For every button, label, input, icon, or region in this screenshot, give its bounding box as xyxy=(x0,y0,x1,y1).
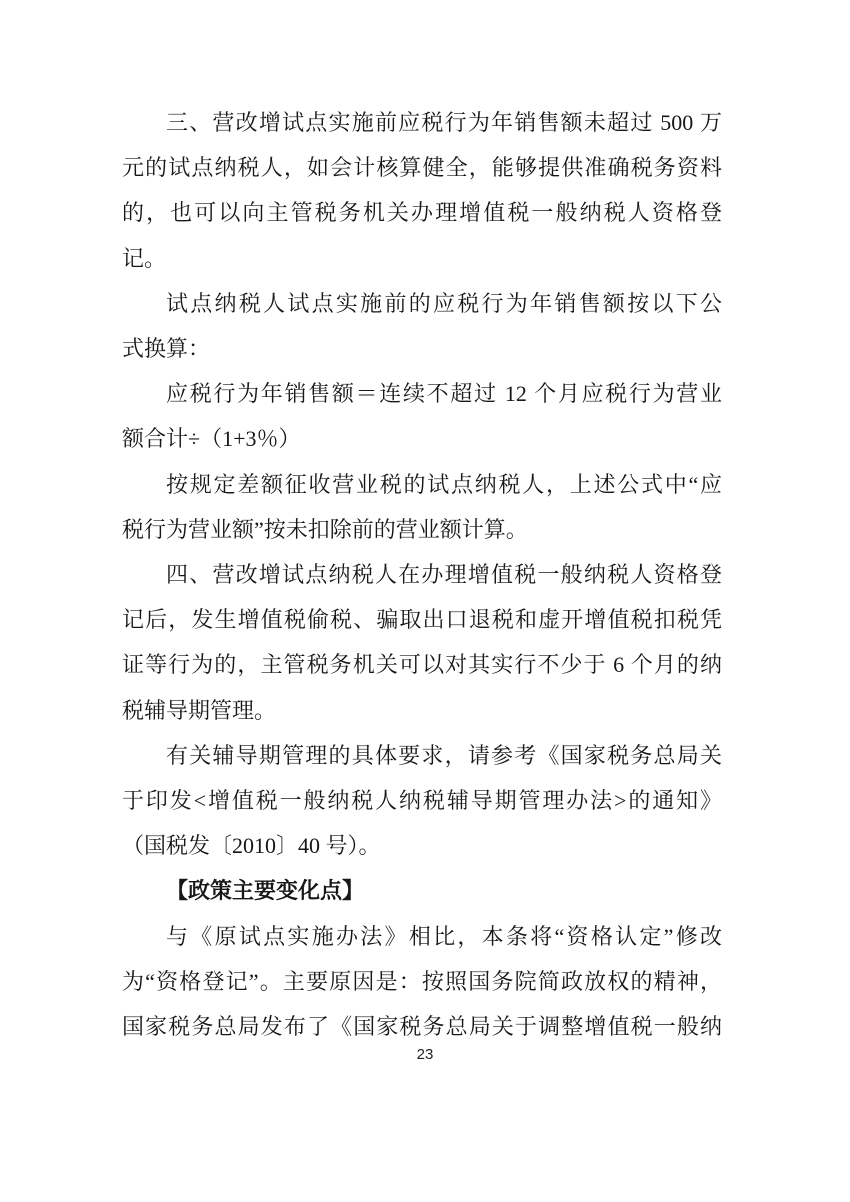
paragraph: 与《原试点实施办法》相比，本条将“资格认定”修改为“资格登记”。主要原因是：按照… xyxy=(122,914,722,1050)
text-line: 税行为营业额”按未扣除前的营业额计算。 xyxy=(122,507,722,552)
text-line: 为“资格登记”。主要原因是：按照国务院简政放权的精神， xyxy=(122,959,722,1004)
paragraph: 四、营改增试点纳税人在办理增值税一般纳税人资格登记后，发生增值税偷税、骗取出口退… xyxy=(122,552,722,733)
text-line: 于印发<增值税一般纳税人纳税辅导期管理办法>的通知》 xyxy=(122,778,722,823)
text-line: 三、营改增试点实施前应税行为年销售额未超过 500 万 xyxy=(122,100,722,145)
text-line: 国家税务总局发布了《国家税务总局关于调整增值税一般纳 xyxy=(122,1004,722,1049)
text-line: 元的试点纳税人，如会计核算健全，能够提供准确税务资料 xyxy=(122,145,722,190)
text-line: 证等行为的，主管税务机关可以对其实行不少于 6 个月的纳 xyxy=(122,642,722,687)
page-number: 23 xyxy=(0,1046,850,1063)
text-line: 式换算： xyxy=(122,326,722,371)
text-line: 按规定差额征收营业税的试点纳税人，上述公式中“应 xyxy=(122,462,722,507)
text-line: 记。 xyxy=(122,236,722,281)
text-line: 额合计÷（1+3％） xyxy=(122,416,722,461)
section-heading: 【政策主要变化点】 xyxy=(122,868,722,913)
text-line: 税辅导期管理。 xyxy=(122,688,722,733)
text-line: 的，也可以向主管税务机关办理增值税一般纳税人资格登 xyxy=(122,190,722,235)
text-line: 四、营改增试点纳税人在办理增值税一般纳税人资格登 xyxy=(122,552,722,597)
text-line: （国税发〔2010〕40 号）。 xyxy=(122,823,722,868)
paragraph: 试点纳税人试点实施前的应税行为年销售额按以下公式换算： xyxy=(122,281,722,371)
paragraph: 有关辅导期管理的具体要求，请参考《国家税务总局关于印发<增值税一般纳税人纳税辅导… xyxy=(122,733,722,869)
document-page: 三、营改增试点实施前应税行为年销售额未超过 500 万元的试点纳税人，如会计核算… xyxy=(0,0,850,1202)
text-line: 试点纳税人试点实施前的应税行为年销售额按以下公 xyxy=(122,281,722,326)
paragraph: 三、营改增试点实施前应税行为年销售额未超过 500 万元的试点纳税人，如会计核算… xyxy=(122,100,722,281)
text-line: 有关辅导期管理的具体要求，请参考《国家税务总局关 xyxy=(122,733,722,778)
text-line: 【政策主要变化点】 xyxy=(122,868,722,913)
paragraph: 按规定差额征收营业税的试点纳税人，上述公式中“应税行为营业额”按未扣除前的营业额… xyxy=(122,462,722,552)
paragraph: 应税行为年销售额＝连续不超过 12 个月应税行为营业额合计÷（1+3％） xyxy=(122,371,722,461)
text-line: 记后，发生增值税偷税、骗取出口退税和虚开增值税扣税凭 xyxy=(122,597,722,642)
document-body: 三、营改增试点实施前应税行为年销售额未超过 500 万元的试点纳税人，如会计核算… xyxy=(122,100,722,1049)
text-line: 与《原试点实施办法》相比，本条将“资格认定”修改 xyxy=(122,914,722,959)
text-line: 应税行为年销售额＝连续不超过 12 个月应税行为营业 xyxy=(122,371,722,416)
